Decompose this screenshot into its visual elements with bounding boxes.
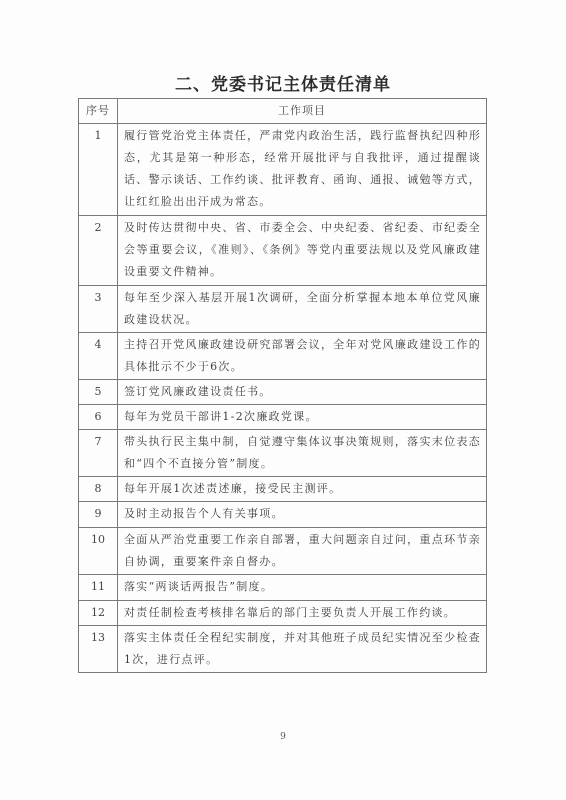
row-text: 全面从严治党重要工作亲自部署，重大问题亲自过问，重点环节亲自协调，重要案件亲自督… xyxy=(118,528,487,575)
table-row: 7 带头执行民主集中制，自觉遵守集体议事决策规则，落实末位表态和“四个不直接分管… xyxy=(79,430,487,477)
table-row: 5 签订党风廉政建设责任书。 xyxy=(79,380,487,405)
row-number: 7 xyxy=(79,430,118,477)
row-text: 每年至少深入基层开展1次调研，全面分析掌握本地本单位党风廉政建设状况。 xyxy=(118,286,487,333)
row-number: 5 xyxy=(79,380,118,405)
row-number: 1 xyxy=(79,124,118,216)
table-row: 9 及时主动报告个人有关事项。 xyxy=(79,502,487,528)
table-row: 3 每年至少深入基层开展1次调研，全面分析掌握本地本单位党风廉政建设状况。 xyxy=(79,286,487,333)
row-number: 9 xyxy=(79,502,118,528)
header-item: 工作项目 xyxy=(118,99,487,124)
row-number: 13 xyxy=(79,626,118,673)
row-number: 2 xyxy=(79,216,118,286)
row-number: 4 xyxy=(79,333,118,380)
row-number: 3 xyxy=(79,286,118,333)
table-row: 12 对责任制检查考核排名靠后的部门主要负责人开展工作约谈。 xyxy=(79,601,487,626)
row-text: 主持召开党风廉政建设研究部署会议，全年对党风廉政建设工作的具体批示不少于6次。 xyxy=(118,333,487,380)
row-text: 带头执行民主集中制，自觉遵守集体议事决策规则，落实末位表态和“四个不直接分管”制… xyxy=(118,430,487,477)
page-number: 9 xyxy=(0,732,566,742)
table-row: 2 及时传达贯彻中央、省、市委全会、中央纪委、省纪委、市纪委全会等重要会议，《准… xyxy=(79,216,487,286)
row-text: 落实“两谈话两报告”制度。 xyxy=(118,575,487,601)
row-text: 及时传达贯彻中央、省、市委全会、中央纪委、省纪委、市纪委全会等重要会议，《准则》… xyxy=(118,216,487,286)
header-index: 序号 xyxy=(79,99,118,124)
row-text: 签订党风廉政建设责任书。 xyxy=(118,380,487,405)
table-row: 4 主持召开党风廉政建设研究部署会议，全年对党风廉政建设工作的具体批示不少于6次… xyxy=(79,333,487,380)
row-text: 每年开展1次述责述廉，接受民主测评。 xyxy=(118,477,487,502)
row-text: 及时主动报告个人有关事项。 xyxy=(118,502,487,528)
table-row: 6 每年为党员干部讲1-2次廉政党课。 xyxy=(79,405,487,430)
row-text: 对责任制检查考核排名靠后的部门主要负责人开展工作约谈。 xyxy=(118,601,487,626)
row-number: 8 xyxy=(79,477,118,502)
table-row: 8 每年开展1次述责述廉，接受民主测评。 xyxy=(79,477,487,502)
table-row: 13 落实主体责任全程纪实制度，并对其他班子成员纪实情况至少检查1次，进行点评。 xyxy=(79,626,487,673)
table-row: 10 全面从严治党重要工作亲自部署，重大问题亲自过问，重点环节亲自协调，重要案件… xyxy=(79,528,487,575)
table-header-row: 序号 工作项目 xyxy=(79,99,487,124)
page-title: 二、党委书记主体责任清单 xyxy=(0,70,566,95)
responsibility-table: 序号 工作项目 1 履行管党治党主体责任，严肃党内政治生活，践行监督执纪四种形态… xyxy=(78,98,487,673)
table-row: 1 履行管党治党主体责任，严肃党内政治生活，践行监督执纪四种形态，尤其是第一种形… xyxy=(79,124,487,216)
row-number: 10 xyxy=(79,528,118,575)
row-text: 每年为党员干部讲1-2次廉政党课。 xyxy=(118,405,487,430)
row-number: 12 xyxy=(79,601,118,626)
row-text: 履行管党治党主体责任，严肃党内政治生活，践行监督执纪四种形态，尤其是第一种形态，… xyxy=(118,124,487,216)
row-number: 6 xyxy=(79,405,118,430)
row-text: 落实主体责任全程纪实制度，并对其他班子成员纪实情况至少检查1次，进行点评。 xyxy=(118,626,487,673)
table-row: 11 落实“两谈话两报告”制度。 xyxy=(79,575,487,601)
row-number: 11 xyxy=(79,575,118,601)
